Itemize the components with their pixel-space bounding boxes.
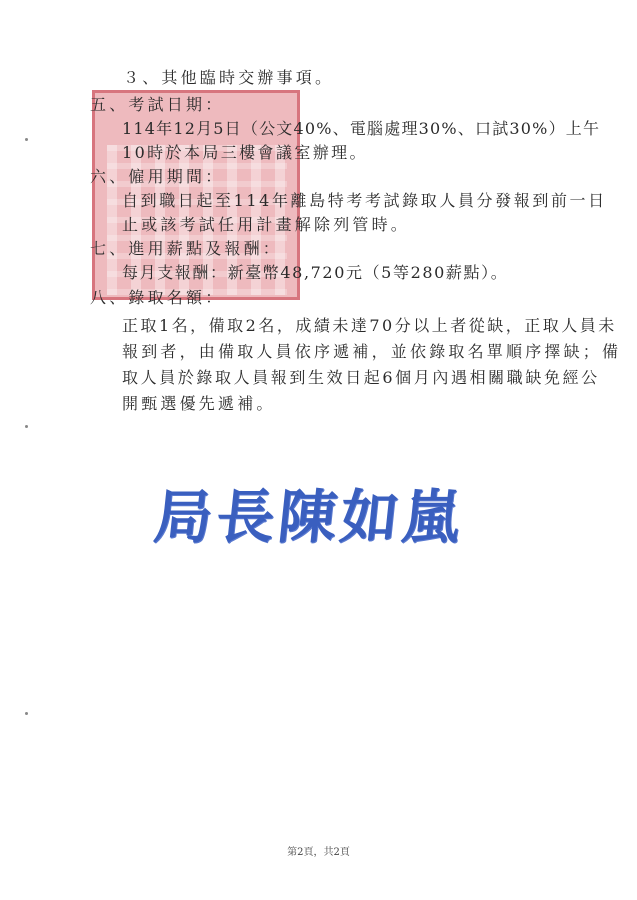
- section-5-heading: 五、考試日期：: [90, 95, 224, 115]
- section-8-text: 報到者，由備取人員依序遞補，並依錄取名單順序擇缺；備: [122, 342, 621, 362]
- section-6-text: 自到職日起至114年離島特考考試錄取人員分發報到前一日: [122, 191, 607, 211]
- margin-punch-dot: [25, 712, 28, 715]
- section-8-heading: 八、錄取名額：: [90, 288, 224, 308]
- margin-punch-dot: [25, 138, 28, 141]
- section-6-text: 止或該考試任用計畫解除列管時。: [122, 215, 410, 235]
- section-8-text: 正取1名，備取2名，成績未達70分以上者從缺，正取人員未: [122, 316, 617, 336]
- section-7-text: 每月支報酬：新臺幣48,720元（5等280薪點）。: [122, 263, 508, 283]
- section-6-heading: 六、僱用期間：: [90, 167, 224, 187]
- section-7-heading: 七、進用薪點及報酬：: [90, 239, 282, 259]
- director-signature-stamp: 局長陳如嵐: [151, 470, 470, 554]
- section-5-text: 114年12月5日（公文40%、電腦處理30%、口試30%）上午: [122, 119, 600, 139]
- margin-punch-dot: [25, 425, 28, 428]
- section-8-text: 取人員於錄取人員報到生效日起6個月內遇相關職缺免經公: [122, 368, 600, 388]
- list-item-3: ３、其他臨時交辦事項。: [123, 68, 334, 88]
- page-footer: 第2頁，共2頁: [0, 843, 637, 858]
- section-8-text: 開甄選優先遞補。: [122, 394, 276, 414]
- section-5-text: 10時於本局三樓會議室辦理。: [122, 143, 368, 163]
